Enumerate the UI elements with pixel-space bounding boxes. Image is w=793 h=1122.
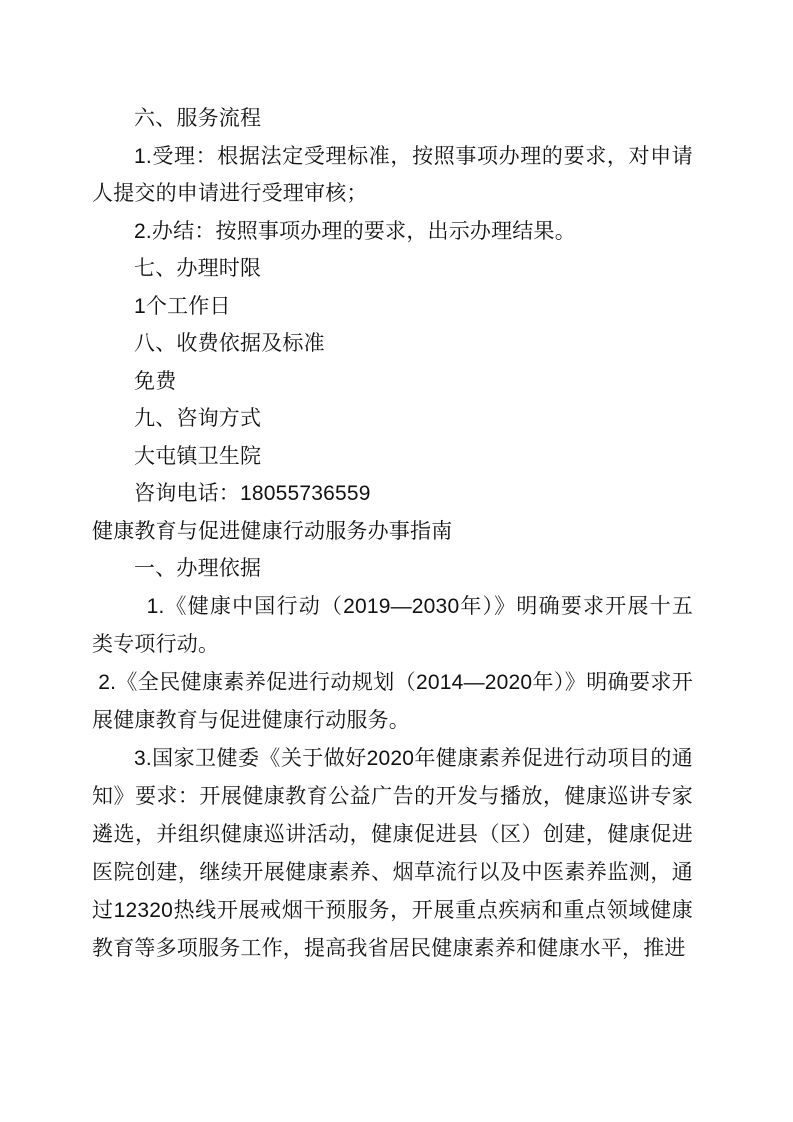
value-contact-phone: 咨询电话：18055736559 [92,475,693,513]
guide-title: 健康教育与促进健康行动服务办事指南 [92,513,693,551]
document-page: 六、服务流程 1.受理：根据法定受理标准，按照事项办理的要求，对申请人提交的申请… [0,0,793,1122]
heading-basis: 一、办理依据 [92,550,693,588]
value-contact-org: 大屯镇卫生院 [92,438,693,476]
heading-service-process: 六、服务流程 [92,100,693,138]
para-basis-item-1: 1.《健康中国行动（2019—2030年）》明确要求开展十五类专项行动。 [92,588,693,664]
heading-time-limit: 七、办理时限 [92,250,693,288]
heading-fee-basis: 八、收费依据及标准 [92,325,693,363]
value-time-limit: 1个工作日 [92,288,693,326]
para-step-complete: 2.办结：按照事项办理的要求，出示办理结果。 [92,213,693,251]
para-basis-item-2: 2.《全民健康素养促进行动规划（2014—2020年）》明确要求开展健康教育与促… [92,664,693,740]
heading-contact-method: 九、咨询方式 [92,400,693,438]
para-basis-item-3: 3.国家卫健委《关于做好2020年健康素养促进行动项目的通知》要求：开展健康教育… [92,740,693,968]
value-fee: 免费 [92,363,693,401]
previous-guide-tail-section: 六、服务流程 1.受理：根据法定受理标准，按照事项办理的要求，对申请人提交的申请… [92,100,693,513]
document-content: 六、服务流程 1.受理：根据法定受理标准，按照事项办理的要求，对申请人提交的申请… [92,100,693,968]
guide-basis-section: 一、办理依据 1.《健康中国行动（2019—2030年）》明确要求开展十五类专项… [92,550,693,968]
para-step-accept: 1.受理：根据法定受理标准，按照事项办理的要求，对申请人提交的申请进行受理审核； [92,138,693,213]
